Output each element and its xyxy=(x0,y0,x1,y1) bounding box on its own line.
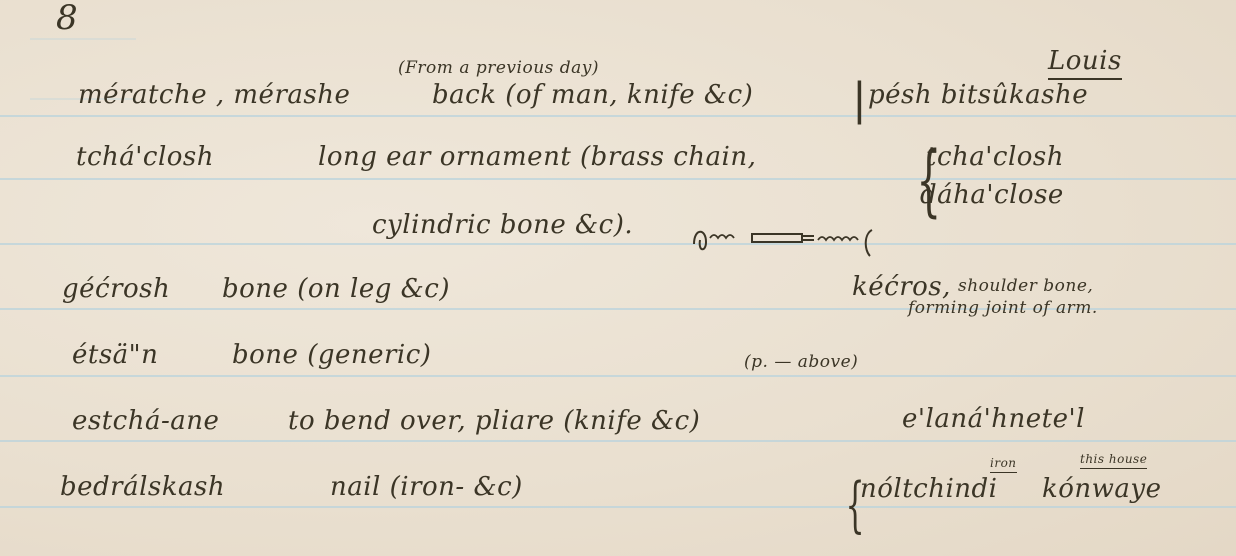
entry-gloss-continued: cylindric bone &c). xyxy=(372,210,633,240)
side-note: forming joint of arm. xyxy=(908,298,1098,318)
entry-term: bedrálskash xyxy=(60,472,225,502)
entry-term: géćrosh xyxy=(62,274,170,304)
interlinear-note: this house xyxy=(1080,452,1147,466)
side-note: shoulder bone, xyxy=(958,276,1093,296)
informant-name: Louis xyxy=(1048,46,1122,76)
entry-term: mératche , mérashe xyxy=(78,80,350,110)
entry-gloss: bone (generic) xyxy=(232,340,431,370)
side-note: (p. — above) xyxy=(744,352,858,372)
page-number: 8 xyxy=(56,0,78,38)
ruled-line xyxy=(0,440,1236,442)
entry-term: estchá-ane xyxy=(72,406,219,436)
interlinear-note-text: this house xyxy=(1080,452,1147,469)
ear-ornament-sketch-icon xyxy=(692,222,932,258)
notebook-page: 8 (From a previous day) Louis mératche ,… xyxy=(0,0,1236,556)
entry-gloss: nail (iron- &c) xyxy=(330,472,523,502)
ruled-line xyxy=(0,375,1236,377)
entry-term: étsä"n xyxy=(72,340,158,370)
ruled-line xyxy=(0,115,1236,117)
informant-form: nóltchindi xyxy=(860,474,998,504)
ruled-line xyxy=(30,38,136,40)
entry-gloss: bone (on leg &c) xyxy=(222,274,450,304)
entry-gloss: to bend over, pliare (knife &c) xyxy=(288,406,700,436)
ruled-line xyxy=(0,506,1236,508)
entry-term: tchá'closh xyxy=(76,142,214,172)
header-note: (From a previous day) xyxy=(398,58,599,78)
informant-label: Louis xyxy=(1048,46,1122,80)
interlinear-note: iron xyxy=(990,456,1017,470)
informant-form: pésh bitsûkashe xyxy=(868,80,1088,110)
entry-gloss: back (of man, knife &c) xyxy=(432,80,753,110)
informant-form: dáha'close xyxy=(920,180,1064,210)
informant-form: kónwaye xyxy=(1042,474,1161,504)
ruled-line xyxy=(0,243,1236,245)
divider-mark: | xyxy=(852,74,867,125)
entry-gloss: long ear ornament (brass chain, xyxy=(318,142,756,172)
informant-form: tcha'closh xyxy=(926,142,1064,172)
informant-form: e'laná'hnete'l xyxy=(902,404,1085,434)
interlinear-note-text: iron xyxy=(990,456,1017,473)
